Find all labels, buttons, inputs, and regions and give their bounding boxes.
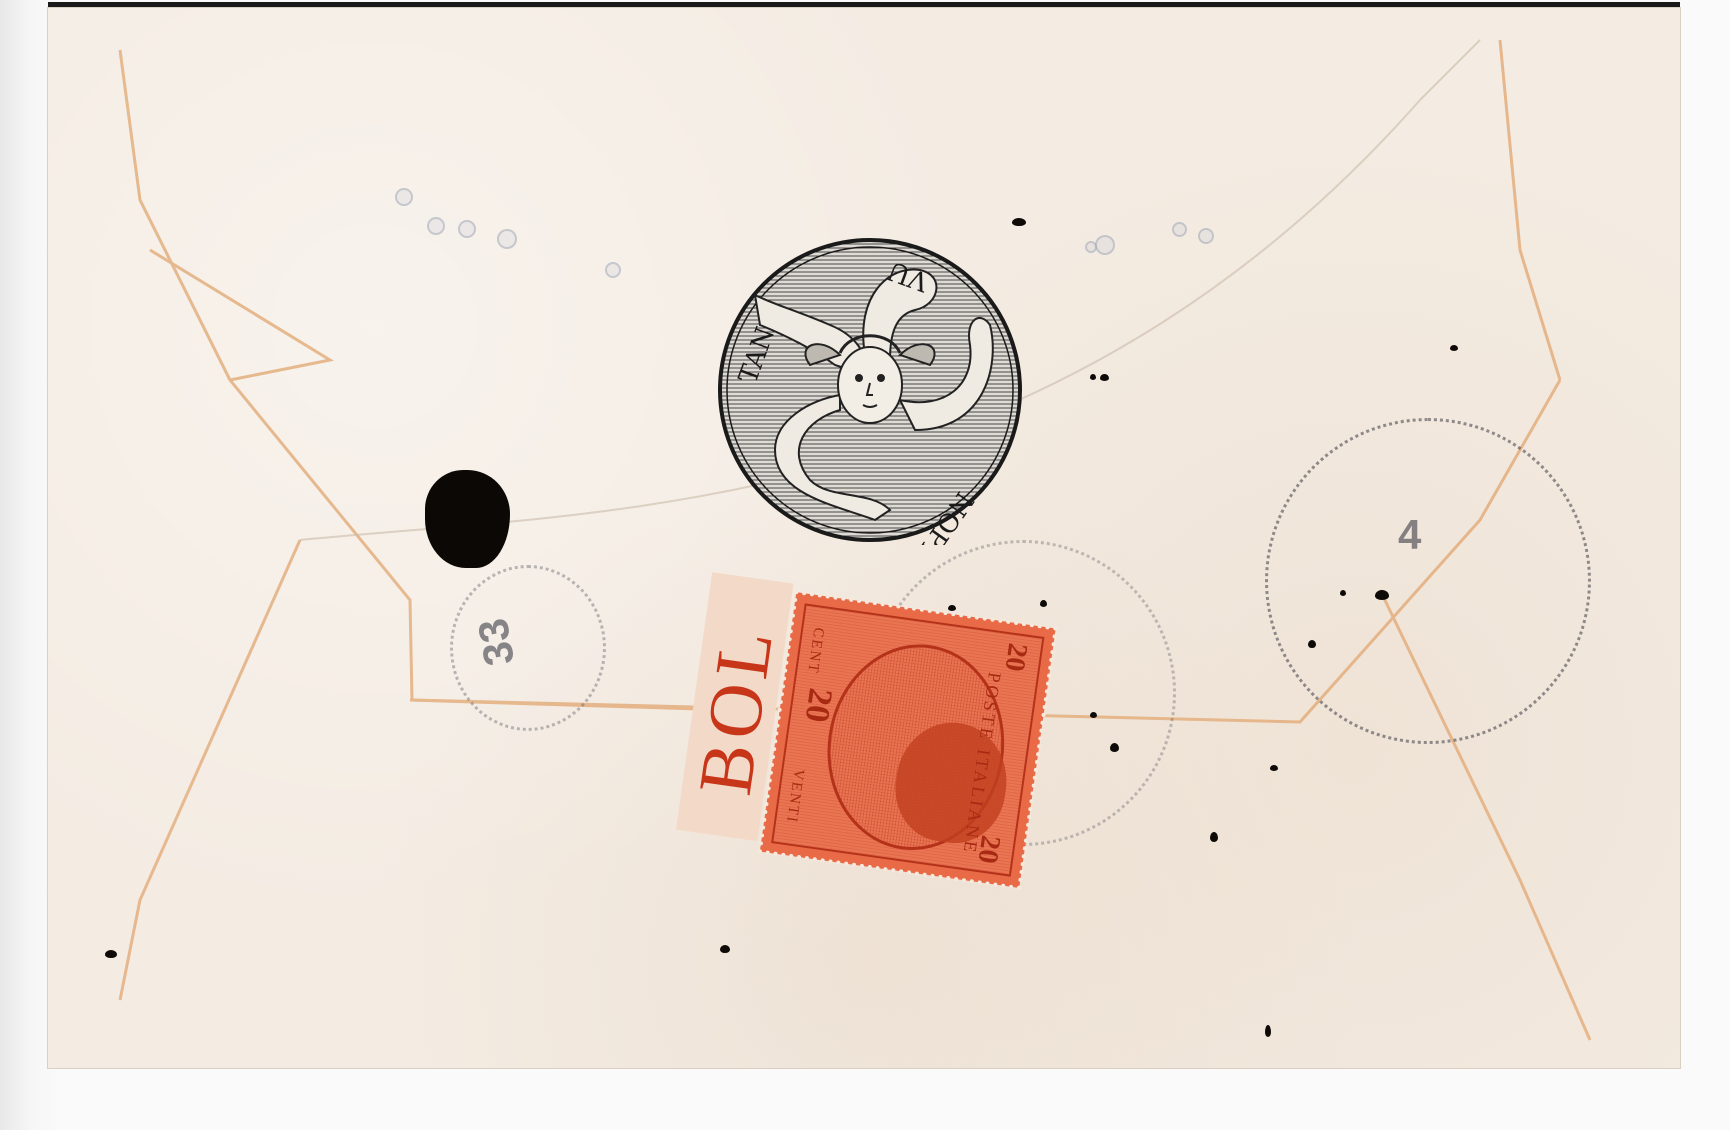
postage-stamp: CENT 20 VENTI POSTE ITALIANE 20 20: [760, 592, 1056, 888]
stamp-denomination-top: 20: [998, 641, 1034, 673]
left-partial-postmark: 33: [450, 565, 606, 731]
stamp-denomination-left: 20: [797, 686, 839, 725]
ink-blot: [425, 470, 510, 568]
postmark-digit: 4: [1398, 511, 1421, 559]
trinacria-seal-vignette: TAN VU NOPMII: [715, 235, 1025, 545]
right-circular-postmark: 4: [1265, 418, 1591, 744]
postage-stamp-with-tab: BOL CENT 20 VENTI POSTE ITALIANE 20 20: [672, 572, 1128, 918]
stamp-word-venti: VENTI: [782, 768, 806, 825]
stamp-frame: CENT 20 VENTI POSTE ITALIANE 20 20: [771, 603, 1044, 876]
postmark-number: 33: [469, 615, 524, 669]
stamp-denomination-bottom: 20: [971, 833, 1007, 865]
stamp-word-cent: CENT: [803, 626, 826, 675]
